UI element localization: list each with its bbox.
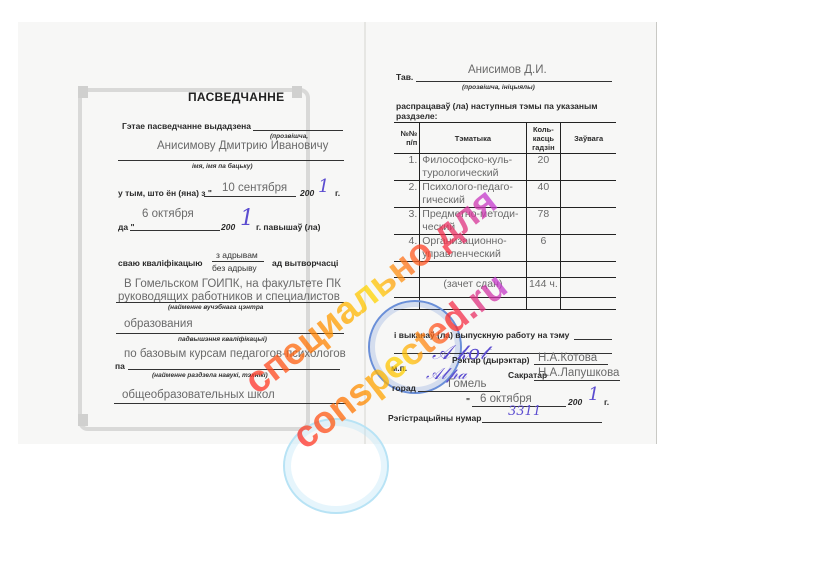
mode-option-with-leave: з адрывам: [216, 250, 258, 260]
comrade-name: Анисимов Д.И.: [468, 64, 547, 76]
underline: [118, 160, 344, 161]
comrade-label: Тав.: [396, 72, 413, 82]
issue-date-quote: ": [466, 396, 470, 406]
institution-caption: (найменне вучэбнага цэнтра: [168, 304, 263, 311]
city-name: Гомель: [448, 378, 486, 390]
col-header-number: №№ п/п: [394, 123, 420, 154]
start-date: 10 сентября: [222, 182, 287, 194]
institution-line-3: образования: [124, 318, 193, 330]
underline: [116, 302, 344, 303]
holder-name: Анисимову Дмитрию Ивановичу: [157, 140, 328, 152]
institution-caption-2: падвышэння кваліфікацыі): [178, 336, 267, 343]
col-header-topic: Тэматыка: [420, 123, 526, 154]
topic-line: Философско-куль-: [422, 154, 512, 166]
underline: [253, 130, 343, 131]
qualification-label: сваю кваліфікацыю: [118, 258, 203, 268]
course-prefix: па: [115, 361, 125, 371]
reg-number: 3311: [508, 404, 541, 419]
issue-year-digit: 1: [588, 384, 599, 405]
issue-year-prefix: 200: [568, 397, 582, 407]
certificate-title: ПАСВЕДЧАННЕ: [188, 90, 284, 104]
topics-table: №№ п/п Тэматыка Коль-касць гадзін Заўваг…: [394, 122, 616, 310]
empty-cell: [561, 298, 616, 310]
rector-name: Н.А.Котова: [538, 352, 597, 364]
end-year-digit: 1: [240, 206, 254, 231]
row-note: [561, 208, 616, 235]
underline: [128, 369, 340, 370]
underline: [418, 391, 500, 392]
empty-cell: [561, 278, 616, 298]
row-note: [561, 235, 616, 262]
underline: [534, 380, 620, 381]
table-row: 2. Психолого-педаго-гический 40: [394, 181, 616, 208]
course-line-2: общеобразовательных школ: [122, 389, 275, 401]
start-year-digit: 1: [318, 176, 329, 197]
topic-line: турологический: [422, 167, 498, 179]
col-header-hours: Коль-касць гадзін: [526, 123, 561, 154]
intro-text-1: распрацаваў (ла) наступныя тэмы па указа…: [396, 101, 598, 111]
reg-number-label: Рэгістрацыйны нумар: [388, 413, 481, 423]
frame-corner: [292, 86, 302, 98]
table-row: 1. Философско-куль-турологический 20: [394, 154, 616, 181]
underline: [534, 364, 608, 365]
secretary-name: Н.А.Лапушкова: [538, 367, 619, 379]
table-header-row: №№ п/п Тэматыка Коль-касць гадзін Заўваг…: [394, 123, 616, 154]
underline: [416, 81, 612, 82]
row-note: [561, 154, 616, 181]
year-suffix: г.: [604, 397, 609, 407]
row-hours: 78: [526, 208, 561, 235]
total-hours: 144 ч.: [526, 278, 561, 298]
underline: [482, 422, 602, 423]
underline: [130, 230, 220, 231]
row-topic: Философско-куль-турологический: [420, 154, 526, 181]
from-work-label: ад вытворчасці: [272, 258, 338, 268]
frame-corner: [78, 414, 88, 426]
holder-name-caption: імя, імя па бацьку): [192, 163, 253, 170]
mode-option-without-leave: без адрыву: [212, 263, 257, 273]
year-suffix: г.: [335, 188, 340, 198]
row-hours: 40: [526, 181, 561, 208]
issued-to-caption: (прозвішча,: [270, 133, 308, 140]
row-hours: 6: [526, 235, 561, 262]
institution-line-1: В Гомельском ГОИПК, на факультете ПК: [124, 278, 341, 290]
fraction-line: [212, 261, 264, 262]
end-date: 6 октября: [142, 208, 194, 220]
frame-corner: [78, 86, 88, 98]
upgraded-label: г. павышаў (ла): [256, 222, 320, 232]
empty-cell: [561, 262, 616, 278]
intro-text-2: раздзеле:: [396, 111, 437, 121]
underline: [204, 196, 296, 197]
underline: [574, 339, 612, 340]
empty-cell: [526, 298, 561, 310]
row-number: 2.: [394, 181, 420, 208]
period-from-label: у тым, што ён (яна) з ": [118, 188, 212, 198]
end-year-prefix: 200: [221, 222, 235, 232]
comrade-caption: (прозвішча, ініцыялы): [462, 84, 535, 91]
issued-to-label: Гэтае пасведчанне выдадзена: [122, 121, 251, 131]
empty-cell: [526, 262, 561, 278]
row-hours: 20: [526, 154, 561, 181]
start-year-prefix: 200: [300, 188, 314, 198]
col-header-note: Заўвага: [561, 123, 616, 154]
row-number: 1.: [394, 154, 420, 181]
row-note: [561, 181, 616, 208]
